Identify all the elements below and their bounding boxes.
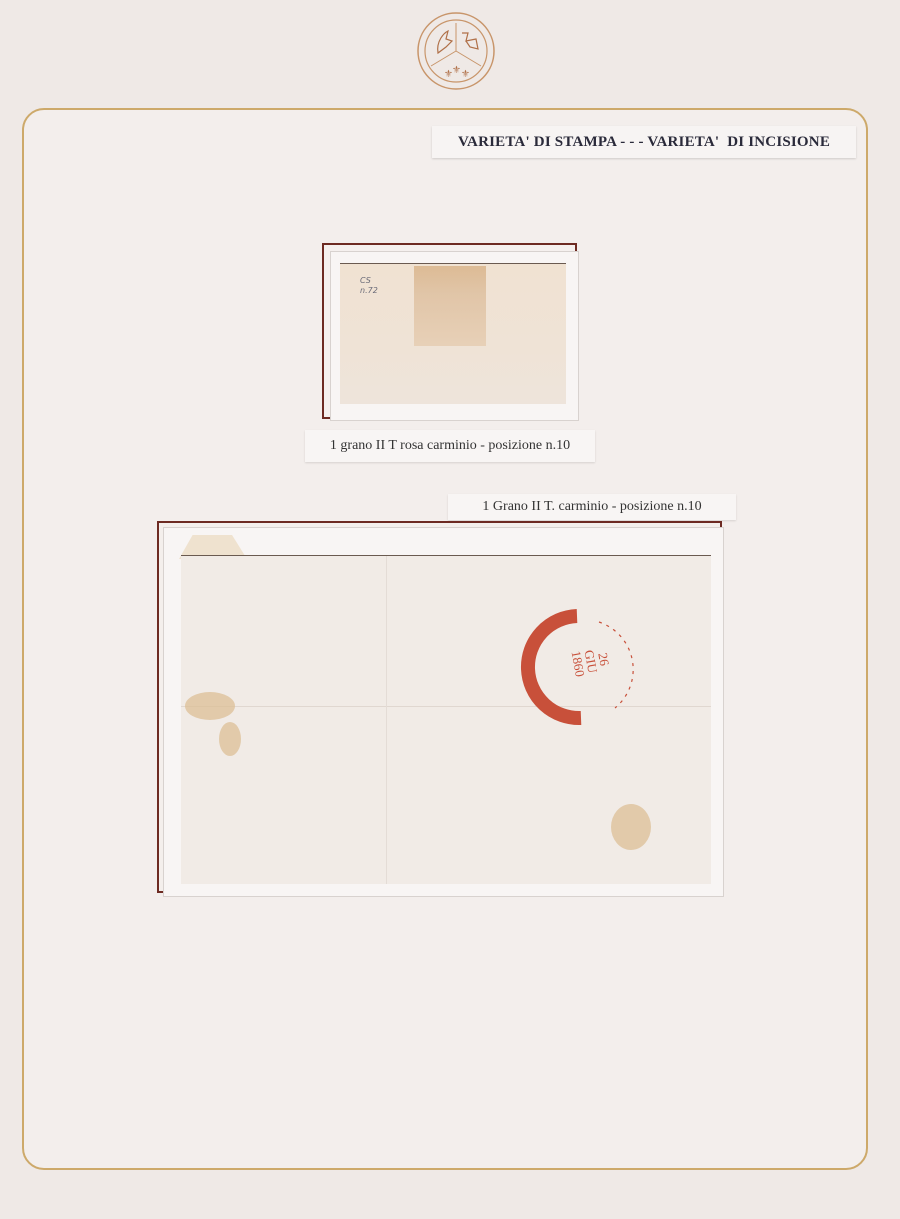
heraldic-crest-icon: ⚜ ⚜ ⚜ [416,11,496,91]
stamp-fragment: CS n.72 [340,263,566,404]
cover-mount: 26 GIU 1860 [157,521,722,893]
svg-text:⚜: ⚜ [452,65,461,76]
stamp-caption: 1 grano II T rosa carminio - posizione n… [305,430,595,462]
stain [219,722,241,756]
postmark-date: 26 GIU 1860 [567,633,614,689]
pencil-note: CS n.72 [360,276,378,296]
stamp-offset-image [414,266,486,346]
cover-back: 26 GIU 1860 [181,555,711,884]
fold-line [386,556,387,884]
page-title-label: VARIETA' DI STAMPA - - - VARIETA' DI INC… [432,126,856,158]
stain [185,692,235,720]
stamp-mount: CS n.72 [322,243,577,419]
stain [611,804,651,850]
cover-caption: 1 Grano II T. carminio - posizione n.10 [448,494,736,520]
svg-text:⚜: ⚜ [461,69,470,80]
